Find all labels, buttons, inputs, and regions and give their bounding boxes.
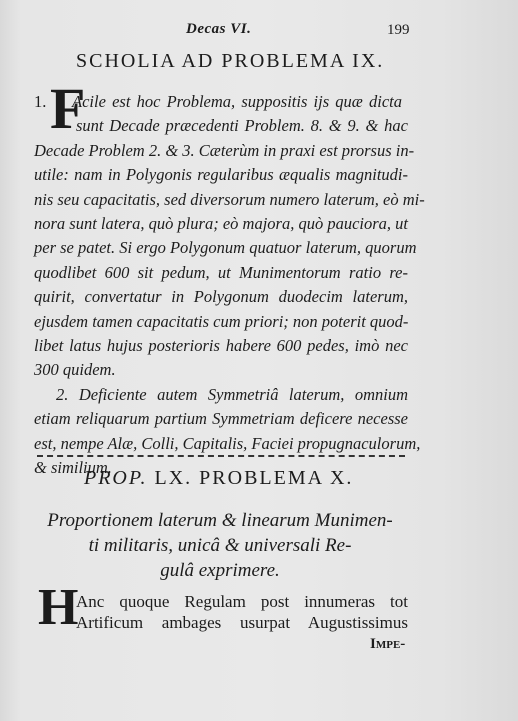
scholia-paragraph-1: 1.Acile est hoc Problema, suppositis ijs… [34, 90, 408, 481]
section-heading: SCHOLIA AD PROBLEMA IX. [76, 50, 384, 73]
text-line: etiam reliquarum partium Symmetriam defi… [34, 407, 408, 431]
text-line: 1.Acile est hoc Problema, suppositis ijs… [0, 90, 374, 114]
paragraph-number: 1. [0, 90, 72, 114]
text-line: libet latus hujus posterioris habere 600… [34, 334, 408, 358]
proposition-statement: Proportionem laterum & linearum Munimen-… [30, 508, 410, 583]
catchword: Impe- [370, 636, 405, 653]
statement-line: ti militaris, unicâ & universali Re- [30, 533, 410, 558]
statement-line: gulâ exprimere. [30, 558, 410, 583]
body-paragraph: Anc quoque Regulam post innumeras tot Ar… [40, 591, 408, 633]
proposition-title: LX. PROBLEMA X. [155, 467, 354, 489]
proposition-prefix: PROP. [84, 467, 148, 489]
text-line: Artificum ambages usurpat Augustissimus [40, 612, 408, 633]
text-line: 300 quidem. [34, 358, 408, 382]
text-line-content: Artificum ambages usurpat Augustissimus [76, 613, 408, 632]
text-line: est, nempe Alæ, Colli, Capitalis, Faciei… [34, 432, 408, 456]
text-line: ejusdem tamen capacitatis cum priori; no… [34, 310, 408, 334]
page-number: 199 [387, 22, 410, 39]
text-line: Anc quoque Regulam post innumeras tot [40, 591, 408, 612]
text-line: nora sunt latera, quò plura; eò majora, … [34, 212, 408, 236]
text-line: quirit, convertatur in Polygonum duodeci… [34, 285, 408, 309]
text-line: sunt Decade præcedenti Problem. 8. & 9. … [34, 114, 408, 138]
section-divider [37, 455, 405, 457]
text-line-content: Acile est hoc Problema, suppositis ijs q… [72, 90, 402, 114]
running-title: Decas VI. [186, 21, 251, 38]
statement-line: Proportionem laterum & linearum Munimen- [30, 508, 410, 533]
text-line: per se patet. Si ergo Polygonum quatuor … [34, 236, 408, 260]
proposition-heading: PROP. LX. PROBLEMA X. [84, 467, 353, 490]
text-line: quodlibet 600 sit pedum, ut Munimentorum… [34, 261, 408, 285]
text-line: Decade Problem 2. & 3. Cæterùm in praxi … [34, 139, 408, 163]
text-line: 2. Deficiente autem Symmetriâ laterum, o… [34, 383, 408, 407]
book-page: Decas VI. 199 SCHOLIA AD PROBLEMA IX. F … [0, 0, 518, 721]
text-line: utile: nam in Polygonis regularibus æqua… [34, 163, 408, 187]
text-line: nis seu capacitatis, sed diversorum nume… [34, 188, 408, 212]
